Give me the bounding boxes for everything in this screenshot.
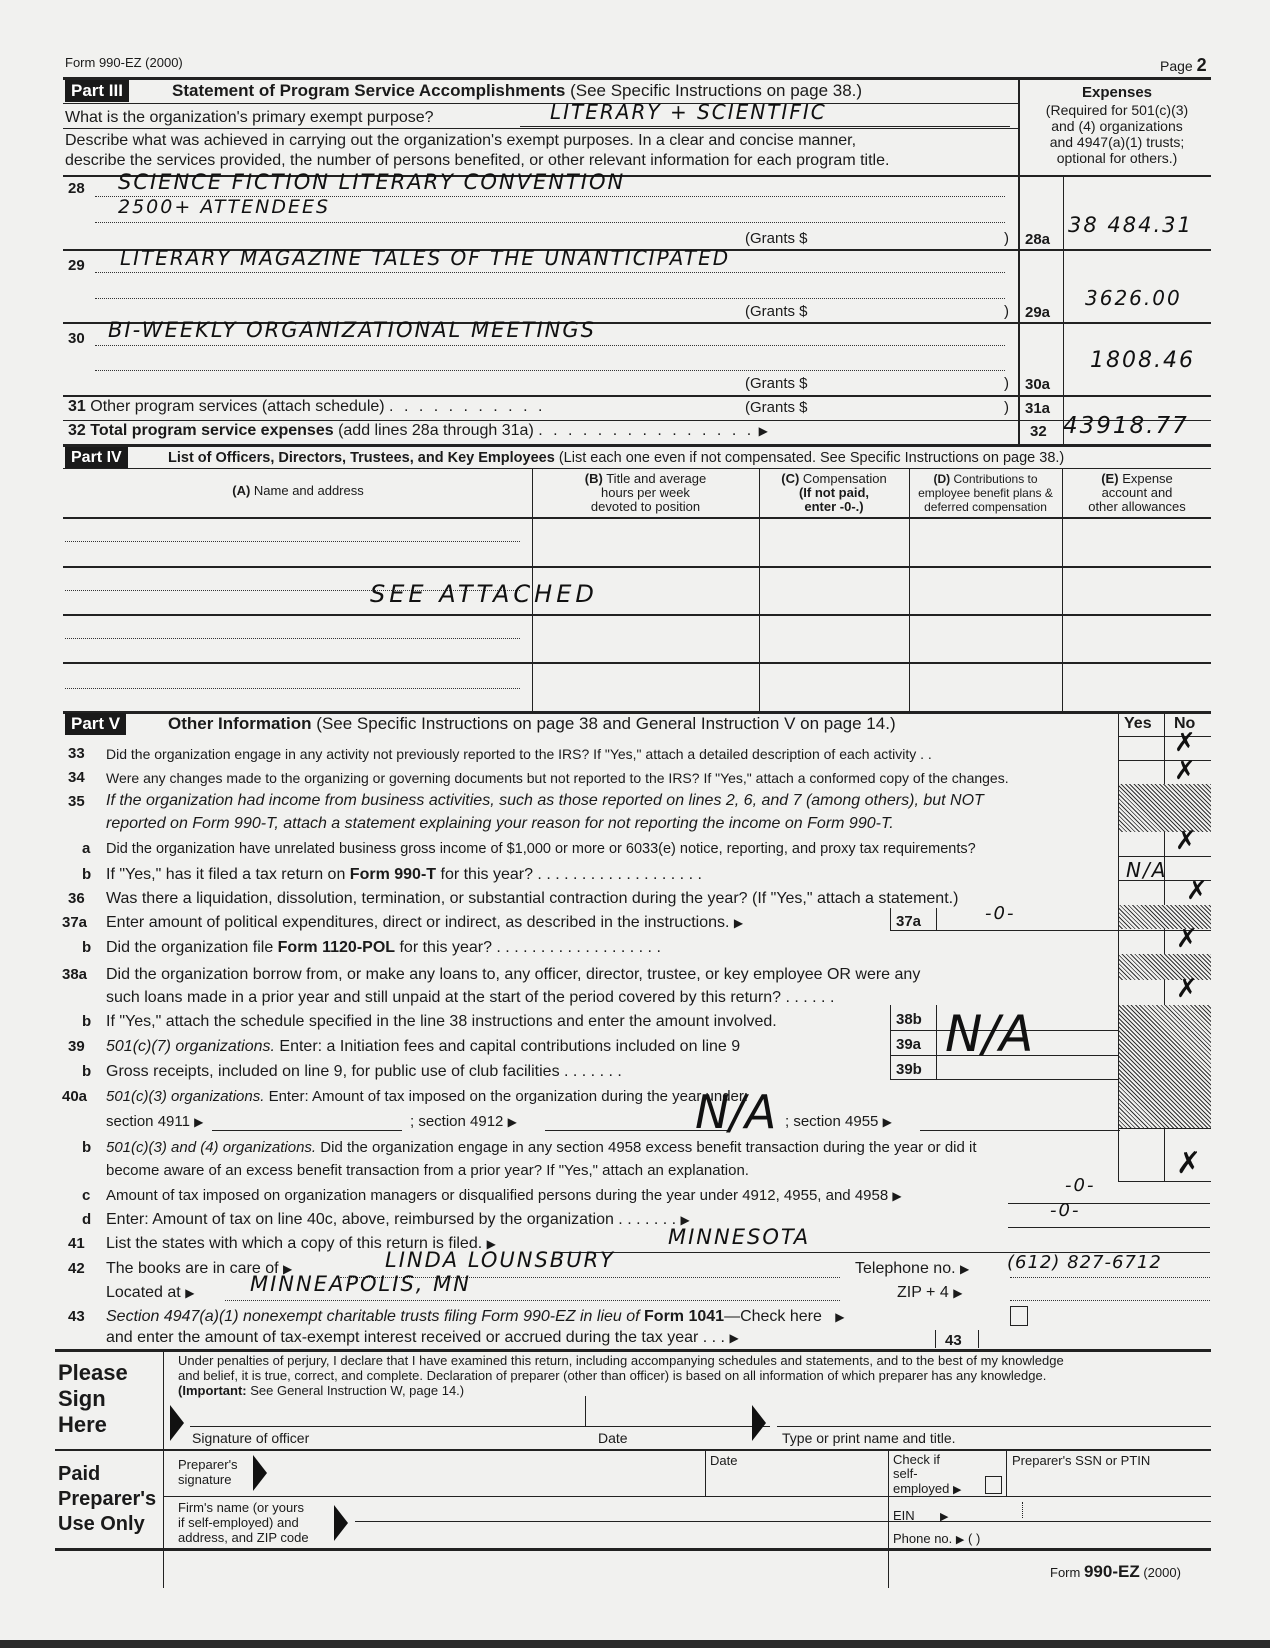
col-divider (759, 468, 760, 711)
col-a-label: Name and address (254, 483, 364, 498)
arrow-icon: ▶ (185, 1286, 194, 1300)
line-43-text-post: —Check here (724, 1308, 822, 1325)
line-40d-number: d (82, 1211, 91, 1229)
line-35a-text: Did the organization have unrelated busi… (106, 840, 976, 858)
important-note: (Important: See General Instruction W, p… (178, 1383, 464, 1398)
line-35b-text-bold: Form 990-T (350, 866, 436, 883)
located-at-text: Located at (106, 1284, 181, 1301)
col-a-key: (A) (232, 483, 250, 498)
amount-col-divider (1063, 175, 1064, 444)
self-employed-text: employed (893, 1481, 949, 1496)
part3-title-note: (See Specific Instructions on page 38.) (570, 81, 862, 100)
line-34-no-checkmark[interactable]: ✗ (1174, 756, 1196, 786)
line-37b-text: Did the organization file Form 1120-POL … (106, 939, 661, 957)
line-43-text-bold: Form 1041 (644, 1308, 724, 1325)
zip-label-text: ZIP + 4 (897, 1284, 949, 1301)
line-37a-box-label: 37a (896, 913, 921, 931)
preparer-ssn-label: Preparer's SSN or PTIN (1012, 1453, 1150, 1468)
dotted-line (95, 345, 1005, 346)
line-41-value[interactable]: MINNESOTA (668, 1225, 810, 1249)
officer-row-3[interactable] (65, 638, 520, 639)
line-38b-text: If "Yes," attach the schedule specified … (106, 1013, 777, 1031)
name-title-label: Type or print name and title. (782, 1431, 956, 1446)
declaration-2: and belief, it is true, correct, and com… (178, 1368, 1046, 1383)
col-b-label-1: Title and average (606, 471, 706, 486)
self-employed-label-1: Check if (893, 1452, 940, 1467)
firm-label-2: if self-employed) and (178, 1515, 299, 1530)
form-id: Form 990-EZ (2000) (65, 55, 183, 70)
col-divider (909, 468, 910, 711)
books-care-of-value[interactable]: LINDA LOUNSBURY (385, 1248, 615, 1272)
box-divider (890, 908, 891, 930)
line-39a-text-body: Enter: a Initiation fees and capital con… (275, 1038, 740, 1055)
line-29-description-1[interactable]: LITERARY MAGAZINE TALES OF THE UNANTICIP… (120, 246, 730, 270)
section-4912-text: ; section 4912 (410, 1113, 503, 1130)
sign-heading-2: Sign (58, 1386, 106, 1412)
rule (1118, 1181, 1211, 1182)
col-e-key: (E) (1101, 471, 1118, 486)
line-40d-text-body: Enter: Amount of tax on line 40c, above,… (106, 1211, 676, 1228)
signature-label: Signature of officer (192, 1431, 309, 1446)
section-4955-label: ; section 4955 ▶ (785, 1113, 892, 1131)
arrow-icon: ▶ (194, 1115, 203, 1129)
line-40b-text-1: 501(c)(3) and (4) organizations. Did the… (106, 1139, 977, 1157)
telephone-label: Telephone no. ▶ (855, 1260, 969, 1278)
col-c-label-2: (If not paid, (759, 485, 909, 500)
line-35-text-2: reported on Form 990-T, attach a stateme… (106, 815, 894, 833)
lines-38-39-na[interactable]: N/A (945, 1005, 1033, 1063)
rule (1118, 1128, 1211, 1129)
located-at-field[interactable] (225, 1300, 840, 1301)
important-bold: (Important: (178, 1383, 247, 1398)
ein-field[interactable] (985, 1500, 1211, 1521)
col-e-label-1: Expense (1122, 471, 1173, 486)
line-29-number: 29 (68, 257, 85, 275)
rule (1118, 760, 1211, 761)
shaded-area (1119, 784, 1211, 832)
line-43-number: 43 (68, 1308, 85, 1326)
line-38b-number: b (82, 1013, 91, 1031)
line-40b-number: b (82, 1139, 91, 1157)
sign-arrow-icon (170, 1405, 184, 1441)
line-40a-text: 501(c)(3) organizations. Enter: Amount o… (106, 1088, 748, 1106)
col-divider (888, 1449, 889, 1588)
sign-date-label: Date (598, 1431, 628, 1446)
section-divider (163, 1349, 164, 1588)
line-38a-text-2: such loans made in a prior year and stil… (106, 989, 834, 1007)
line-40a-number: 40a (62, 1088, 87, 1106)
arrow-icon: ▶ (960, 1262, 969, 1276)
col-e-label-2: account and (1062, 485, 1212, 500)
line-33-no-checkmark[interactable]: ✗ (1174, 728, 1196, 758)
ein-label: EIN ▶ (893, 1508, 948, 1525)
rule (890, 1079, 1119, 1080)
line-38b-box-label: 38b (896, 1011, 922, 1029)
telephone-label-text: Telephone no. (855, 1260, 956, 1277)
line-30-grants-close: ) (1004, 375, 1009, 393)
line-37a-number: 37a (62, 914, 87, 932)
line-37b-text-bold: Form 1120-POL (278, 939, 395, 956)
line-28-number: 28 (68, 180, 85, 198)
arrow-icon: ▶ (508, 1115, 517, 1129)
line-38a-number: 38a (62, 966, 87, 984)
rule (888, 1521, 1211, 1522)
line-35a-number: a (82, 840, 90, 858)
box-divider (936, 1005, 937, 1079)
rule (63, 128, 1018, 129)
line-31-number: 31 (68, 398, 86, 415)
rule (63, 420, 1211, 421)
firm-label-1: Firm's name (or yours (178, 1500, 304, 1515)
preparer-heading-3: Use Only (58, 1512, 145, 1536)
part5-title-text: Other Information (168, 714, 312, 733)
preparer-sig-label-2: signature (178, 1472, 231, 1487)
part3-label: Part III (65, 80, 129, 102)
col-d-header: (D) Contributions to (909, 472, 1062, 486)
line-32-text-bold: Total program service expenses (90, 422, 333, 439)
line-29-grants-label: (Grants $ (745, 303, 808, 321)
section-4911-label: section 4911 ▶ (106, 1113, 203, 1131)
page-number: 2 (1197, 55, 1207, 75)
col-d-label-2: employee benefit plans & (909, 486, 1062, 500)
preparer-sig-label-1: Preparer's (178, 1457, 238, 1472)
line-35b-text-pre: If "Yes," has it filed a tax return on (106, 866, 350, 883)
line-40b-text-ital: 501(c)(3) and (4) organizations. (106, 1139, 316, 1156)
line-36-no-checkmark[interactable]: ✗ (1186, 876, 1208, 906)
line-30-grants-label: (Grants $ (745, 375, 808, 393)
expenses-title: Expenses (1022, 84, 1212, 102)
section-4911-text: section 4911 (106, 1113, 190, 1130)
arrow-icon: ▶ (883, 1115, 892, 1129)
self-employed-label-2: self- (893, 1466, 918, 1481)
form-page: Form 990-EZ (2000) Page 2 Part III State… (0, 0, 1270, 1640)
line-38a-no-checkmark[interactable]: ✗ (1176, 974, 1198, 1004)
located-at-label: Located at ▶ (106, 1284, 194, 1302)
line-40b-no-checkmark[interactable]: ✗ (1176, 1146, 1201, 1181)
line-29a-ref: 29a (1025, 304, 1050, 322)
expenses-note-3: and 4947(a)(1) trusts; (1022, 135, 1212, 150)
line-40c-text-body: Amount of tax imposed on organization ma… (106, 1187, 888, 1204)
officer-row-1[interactable] (65, 541, 520, 542)
arrow-icon: ▶ (956, 1534, 964, 1546)
line-28a-amount[interactable]: 38 484.31 (1068, 213, 1193, 237)
preparer-sig-arrow-icon (253, 1455, 267, 1491)
dotted-line (95, 370, 1005, 371)
part4-title-note: (List each one even if not compensated. … (559, 450, 1064, 466)
line-30a-amount[interactable]: 1808.46 (1090, 348, 1195, 373)
line-39b-box-label: 39b (896, 1061, 922, 1079)
rule (1118, 856, 1211, 857)
rule (163, 1496, 1211, 1497)
line-30-number: 30 (68, 330, 85, 348)
firm-name-field[interactable] (355, 1521, 888, 1522)
line-40c-field[interactable] (1008, 1203, 1210, 1204)
arrow-icon: ▶ (729, 1331, 738, 1345)
line-30-description-1[interactable]: BI-WEEKLY ORGANIZATIONAL MEETINGS (108, 318, 596, 342)
col-e-label-3: other allowances (1062, 499, 1212, 514)
line-32: 32 Total program service expenses (add l… (68, 422, 768, 440)
phone-parens: ( ) (968, 1531, 980, 1546)
line-32-number: 32 (68, 422, 86, 439)
line-43-text-2: and enter the amount of tax-exempt inter… (106, 1329, 739, 1347)
line-30a-ref: 30a (1025, 376, 1050, 394)
footer-form-year: (2000) (1143, 1565, 1181, 1580)
col-d-key: (D) (933, 472, 950, 486)
sign-heading-3: Here (58, 1412, 107, 1438)
part4-title-text: List of Officers, Directors, Trustees, a… (168, 450, 555, 466)
box-divider (935, 1330, 936, 1348)
line-37b-no-checkmark[interactable]: ✗ (1176, 924, 1198, 954)
box-divider (936, 908, 937, 930)
section-4955-text: ; section 4955 (785, 1113, 878, 1130)
line-43-checkbox[interactable] (1010, 1306, 1028, 1326)
line-39a-box-label: 39a (896, 1036, 921, 1054)
line-32-ref: 32 (1030, 423, 1047, 441)
line-40b-text-2: become aware of an excess benefit transa… (106, 1162, 749, 1180)
arrow-icon: ▶ (835, 1310, 844, 1324)
line-31a-ref: 31a (1025, 400, 1050, 418)
rule (63, 614, 1211, 616)
footer-form-prefix: Form (1050, 1565, 1080, 1580)
line-41-number: 41 (68, 1235, 85, 1253)
part4-title: List of Officers, Directors, Trustees, a… (168, 447, 1064, 469)
line-35a-no-checkmark[interactable]: ✗ (1175, 826, 1197, 856)
col-d-label-3: deferred compensation (909, 500, 1062, 514)
shaded-area (1119, 1005, 1211, 1128)
purpose-answer[interactable]: LITERARY + SCIENTIFIC (550, 100, 827, 124)
line-40d-field[interactable] (1008, 1227, 1210, 1228)
line-32-text: (add lines 28a through 31a) (338, 422, 534, 439)
line-40d-text: Enter: Amount of tax on line 40c, above,… (106, 1211, 690, 1229)
col-b-label-2: hours per week (532, 485, 759, 500)
rule (55, 1349, 1211, 1352)
purpose-underline (520, 126, 1010, 127)
line-35b-answer[interactable]: N/A (1126, 858, 1167, 882)
zip-field[interactable] (1010, 1300, 1210, 1301)
part5-title-note: (See Specific Instructions on page 38 an… (316, 714, 895, 733)
rule (55, 1548, 1211, 1551)
dotted-line (95, 222, 1005, 223)
describe-line-2: describe the services provided, the numb… (65, 152, 889, 170)
dotted-line (95, 298, 1005, 299)
section-4912-label: ; section 4912 ▶ (410, 1113, 517, 1131)
rule (63, 662, 1211, 664)
line-34-text: Were any changes made to the organizing … (106, 769, 1009, 787)
arrow-icon: ▶ (953, 1286, 962, 1300)
line-40a-text-ital: 501(c)(3) organizations. (106, 1088, 264, 1105)
rule (63, 395, 1211, 397)
firm-arrow-icon (334, 1505, 348, 1541)
col-d-label-1: Contributions to (953, 472, 1037, 486)
part3-title: Statement of Program Service Accomplishm… (172, 80, 862, 102)
line-31-text: Other program services (attach schedule) (90, 398, 384, 415)
line-28-description-2[interactable]: 2500+ ATTENDEES (118, 196, 330, 218)
line-28a-ref: 28a (1025, 231, 1050, 249)
col-divider (1062, 468, 1063, 711)
page-label-text: Page (1160, 58, 1193, 74)
line-34-number: 34 (68, 769, 85, 787)
scan-edge (0, 1640, 1270, 1648)
line-40c-value[interactable]: -0- (1065, 1175, 1095, 1196)
rule (63, 468, 1211, 469)
line-28-description-1[interactable]: SCIENCE FICTION LITERARY CONVENTION (118, 170, 625, 194)
rule (63, 566, 1211, 568)
line-33-number: 33 (68, 745, 85, 763)
expenses-divider (1018, 77, 1020, 444)
located-at-value[interactable]: MINNEAPOLIS, MN (250, 1272, 471, 1296)
line-37b-text-post: for this year? . . . . . . . . . . . . .… (395, 939, 661, 956)
line-40c-number: c (82, 1187, 90, 1205)
line-36-text: Was there a liquidation, dissolution, te… (106, 890, 958, 908)
line-28-grants-label: (Grants $ (745, 230, 808, 248)
col-c-label-3: enter -0-.) (759, 499, 909, 514)
line-39a-text: 501(c)(7) organizations. Enter: a Initia… (106, 1038, 740, 1056)
section-4955-field[interactable] (920, 1130, 1120, 1131)
line-39b-text: Gross receipts, included on line 9, for … (106, 1063, 622, 1081)
line-35b-number: b (82, 866, 91, 884)
part3-title-text: Statement of Program Service Accomplishm… (172, 81, 565, 100)
sig-date-divider (585, 1396, 586, 1426)
see-attached-note[interactable]: SEE ATTACHED (370, 580, 598, 608)
line-43-text-1: Section 4947(a)(1) nonexempt charitable … (106, 1308, 844, 1326)
expenses-note-1: (Required for 501(c)(3) (1022, 103, 1212, 118)
preparer-signature-field[interactable] (275, 1452, 705, 1496)
declaration-1: Under penalties of perjury, I declare th… (178, 1353, 1064, 1368)
preparer-date-label: Date (710, 1453, 737, 1468)
arrow-icon: ▶ (759, 424, 768, 438)
dotted-line (95, 272, 1005, 273)
col-a-header: (A) Name and address (63, 483, 533, 498)
important-rest: See General Instruction W, page 14.) (247, 1383, 465, 1398)
col-c-label-1: Compensation (803, 471, 887, 486)
line-39a-text-ital: 501(c)(7) organizations. (106, 1038, 275, 1055)
line-42-number: 42 (68, 1260, 85, 1278)
line-40a-na[interactable]: N/A (695, 1085, 776, 1139)
footer-form-id: Form 990-EZ (2000) (1050, 1562, 1181, 1583)
rule (55, 1449, 1211, 1451)
arrow-icon: ▶ (953, 1484, 961, 1496)
yes-header: Yes (1124, 715, 1152, 733)
page-label: Page 2 (1160, 56, 1207, 75)
firm-label-3: address, and ZIP code (178, 1530, 309, 1545)
col-e-header: (E) Expense (1062, 471, 1212, 486)
preparer-heading-2: Preparer's (58, 1487, 156, 1511)
arrow-icon: ▶ (734, 916, 743, 930)
line-38a-text-1: Did the organization borrow from, or mak… (106, 966, 920, 984)
sign-heading-1: Please (58, 1360, 128, 1386)
part4-label: Part IV (65, 447, 128, 469)
self-employed-checkbox[interactable] (985, 1476, 1002, 1494)
line-33-text: Did the organization engage in any activ… (106, 745, 932, 763)
line-40c-text: Amount of tax imposed on organization ma… (106, 1187, 902, 1205)
line-32-amount[interactable]: 43918.77 (1063, 413, 1189, 439)
telephone-field[interactable] (1010, 1277, 1210, 1278)
part5-label: Part V (65, 713, 126, 735)
rule (63, 517, 1211, 519)
line-29a-amount[interactable]: 3626.00 (1085, 286, 1182, 310)
col-c-key: (C) (781, 471, 799, 486)
section-4911-field[interactable] (212, 1130, 402, 1131)
line-28-grants-close: ) (1004, 230, 1009, 248)
purpose-question: What is the organization's primary exemp… (65, 109, 434, 127)
line-37a-text-body: Enter amount of political expenditures, … (106, 914, 729, 931)
col-b-label-3: devoted to position (532, 499, 759, 514)
part5-title: Other Information (See Specific Instruct… (168, 713, 896, 735)
line-37b-text-pre: Did the organization file (106, 939, 278, 956)
line-39b-number: b (82, 1063, 91, 1081)
leader-dots: . . . . . . . . . . . . . . . (538, 422, 754, 439)
line-43-text-2-body: and enter the amount of tax-exempt inter… (106, 1329, 725, 1346)
line-40d-value[interactable]: -0- (1050, 1200, 1080, 1221)
line-43-text-ital: Section 4947(a)(1) nonexempt charitable … (106, 1308, 644, 1325)
phone-label: Phone no. ▶ ( ) (893, 1531, 980, 1548)
footer-form-name: 990-EZ (1084, 1562, 1140, 1581)
preparer-phone-field[interactable] (985, 1524, 1211, 1546)
line-29-grants-close: ) (1004, 303, 1009, 321)
line-31-grants-label: (Grants $ (745, 399, 808, 417)
expenses-note-4: optional for others.) (1022, 151, 1212, 166)
col-divider (1006, 1449, 1007, 1496)
line-37b-number: b (82, 939, 91, 957)
box-divider (978, 1330, 979, 1348)
line-31: 31 Other program services (attach schedu… (68, 398, 545, 416)
telephone-value[interactable]: (612) 827-6712 (1007, 1252, 1162, 1273)
rule (890, 930, 1211, 931)
rule (1118, 736, 1211, 737)
officer-signature-field[interactable] (190, 1426, 770, 1427)
describe-line-1: Describe what was achieved in carrying o… (65, 132, 856, 150)
line-37a-text: Enter amount of political expenditures, … (106, 914, 743, 932)
expenses-note-2: and (4) organizations (1022, 119, 1212, 134)
line-43-box-label: 43 (945, 1332, 962, 1350)
officer-row-4[interactable] (65, 688, 520, 689)
line-35-number: 35 (68, 793, 85, 811)
line-39-number: 39 (68, 1038, 85, 1056)
line-35-text-1: If the organization had income from busi… (106, 792, 984, 810)
line-40b-text-body: Did the organization engage in any secti… (316, 1139, 976, 1156)
officer-name-field[interactable] (777, 1426, 1211, 1427)
line-37a-value[interactable]: -0- (985, 903, 1015, 924)
phone-text: Phone no. (893, 1531, 952, 1546)
line-35b-text-post: for this year? . . . . . . . . . . . . .… (436, 866, 702, 883)
arrow-icon: ▶ (892, 1189, 901, 1203)
col-divider (705, 1449, 706, 1496)
line-36-number: 36 (68, 890, 85, 908)
col-b-header: (B) Title and average (532, 471, 759, 486)
col-b-key: (B) (585, 471, 603, 486)
zip-label: ZIP + 4 ▶ (897, 1284, 962, 1302)
box-divider (890, 1005, 891, 1079)
line-35b-text: If "Yes," has it filed a tax return on F… (106, 866, 702, 884)
name-arrow-icon (752, 1405, 766, 1441)
line-31-grants-close: ) (1004, 399, 1009, 417)
leader-dots: . . . . . . . . . . . (389, 398, 545, 415)
line-40a-text-body: Enter: Amount of tax imposed on the orga… (264, 1088, 748, 1105)
rule (63, 103, 1018, 104)
col-c-header: (C) Compensation (759, 471, 909, 486)
preparer-heading-1: Paid (58, 1462, 100, 1486)
